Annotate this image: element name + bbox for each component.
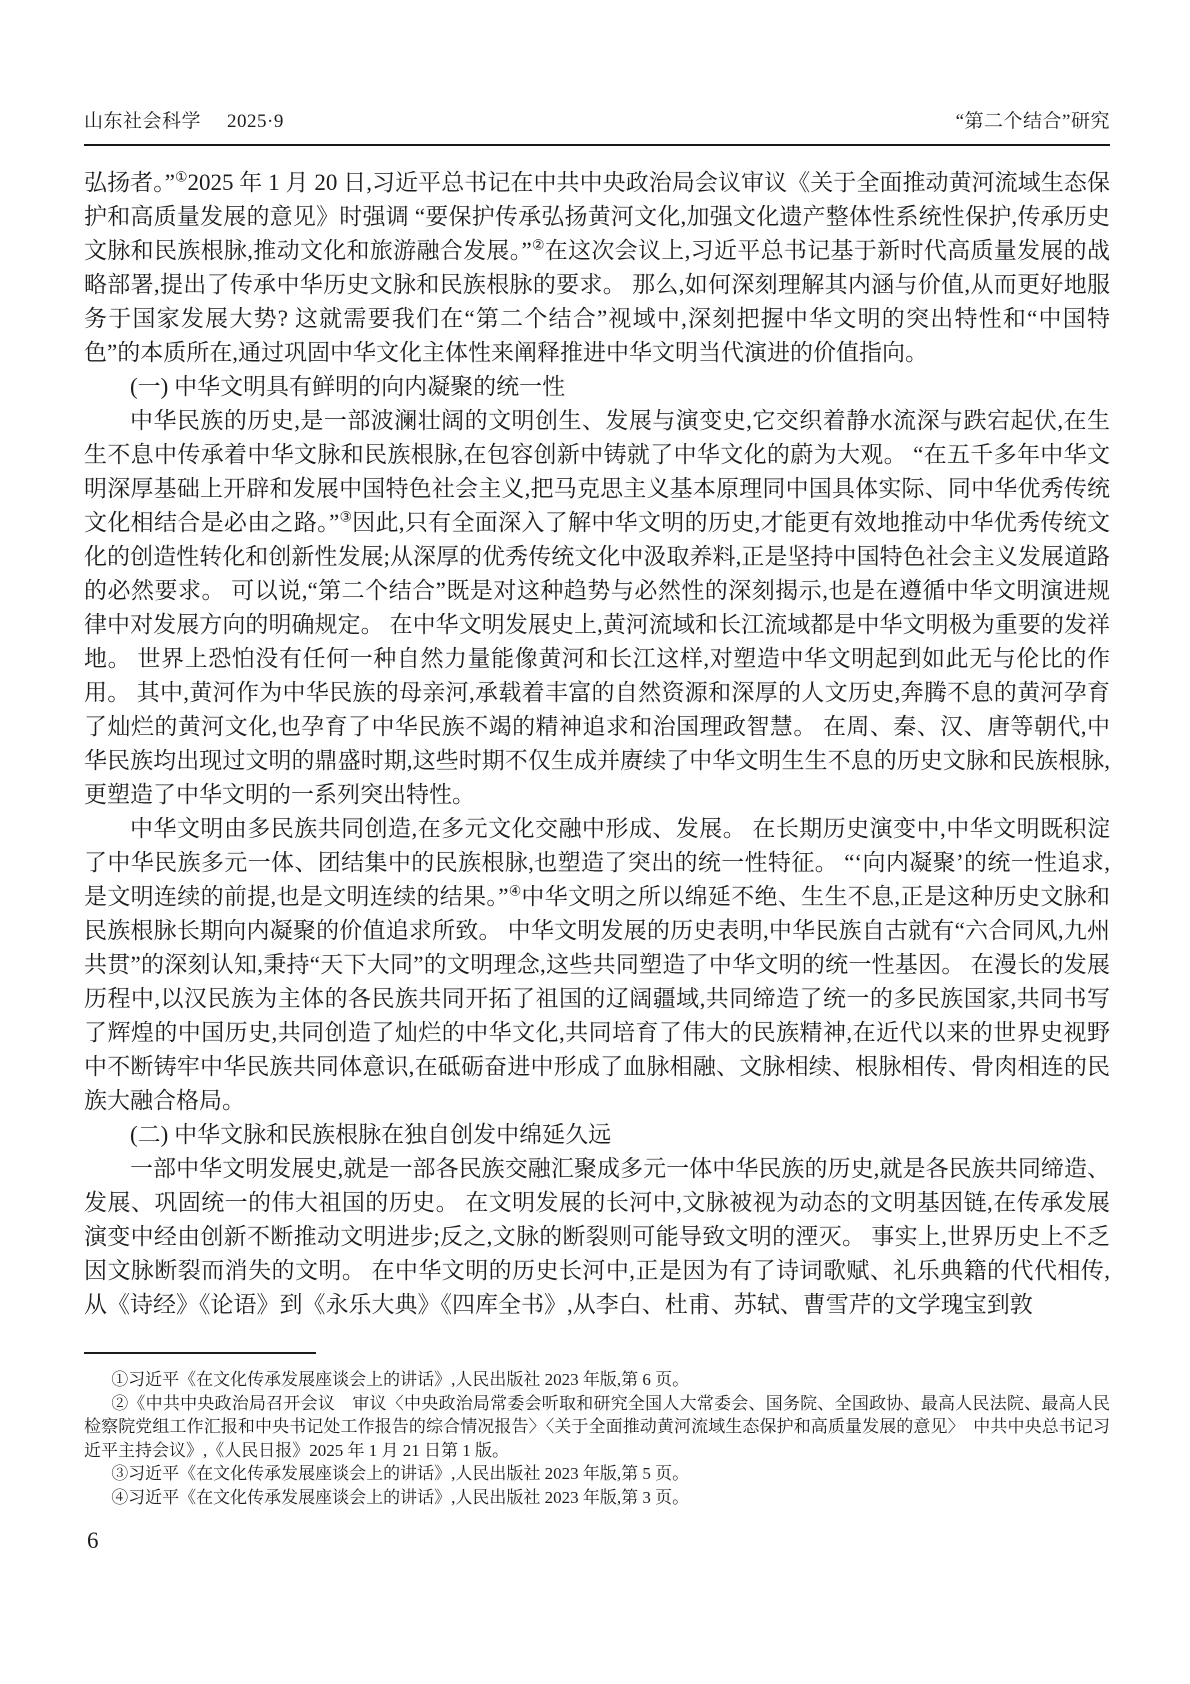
body-paragraph: 弘扬者。”①2025 年 1 月 20 日,习近平总书记在中共中央政治局会议审议… xyxy=(84,166,1110,370)
issue-number: 2025·9 xyxy=(227,111,284,132)
footnote-item: ④习近平《在文化传承发展座谈会上的讲话》,人民出版社 2023 年版,第 3 页… xyxy=(84,1486,1110,1510)
footnote-ref: ④ xyxy=(508,883,521,898)
footnote-ref: ① xyxy=(175,169,188,184)
page-number: 6 xyxy=(87,1528,99,1554)
section-heading: (一) 中华文明具有鲜明的向内凝聚的统一性 xyxy=(84,370,1110,404)
body-paragraph: 中华文明由多民族共同创造,在多元文化交融中形成、发展。 在长期历史演变中,中华文… xyxy=(84,812,1110,1118)
body-paragraph: 中华民族的历史,是一部波澜壮阔的文明创生、发展与演变史,它交织着静水流深与跌宕起… xyxy=(84,404,1110,812)
section-heading: (二) 中华文脉和民族根脉在独自创发中绵延久远 xyxy=(84,1118,1110,1152)
header-left: 山东社会科学2025·9 xyxy=(84,106,284,133)
footnote-ref: ② xyxy=(532,237,545,252)
journal-name: 山东社会科学 xyxy=(84,111,201,132)
footnote-item: ①习近平《在文化传承发展座谈会上的讲话》,人民出版社 2023 年版,第 6 页… xyxy=(84,1368,1110,1392)
article-body: 弘扬者。”①2025 年 1 月 20 日,习近平总书记在中共中央政治局会议审议… xyxy=(84,166,1110,1366)
footnote-list: ①习近平《在文化传承发展座谈会上的讲话》,人民出版社 2023 年版,第 6 页… xyxy=(84,1368,1110,1509)
page-header: 山东社会科学2025·9 “第二个结合”研究 xyxy=(84,106,1110,146)
footnote-separator xyxy=(84,1352,316,1354)
footnote-ref: ③ xyxy=(339,509,352,524)
footnote-item: ③习近平《在文化传承发展座谈会上的讲话》,人民出版社 2023 年版,第 5 页… xyxy=(84,1462,1110,1486)
journal-page: 山东社会科学2025·9 “第二个结合”研究 弘扬者。”①2025 年 1 月 … xyxy=(0,0,1190,1684)
body-paragraph: 一部中华文明发展史,就是一部各民族交融汇聚成多元一体中华民族的历史,就是各民族共… xyxy=(84,1152,1110,1322)
footnote-item: ②《中共中央政治局召开会议 审议〈中央政治局常委会听取和研究全国人大常委会、国务… xyxy=(84,1392,1110,1463)
section-label: “第二个结合”研究 xyxy=(956,106,1110,133)
footnote-area: ①习近平《在文化传承发展座谈会上的讲话》,人民出版社 2023 年版,第 6 页… xyxy=(84,1352,1110,1509)
